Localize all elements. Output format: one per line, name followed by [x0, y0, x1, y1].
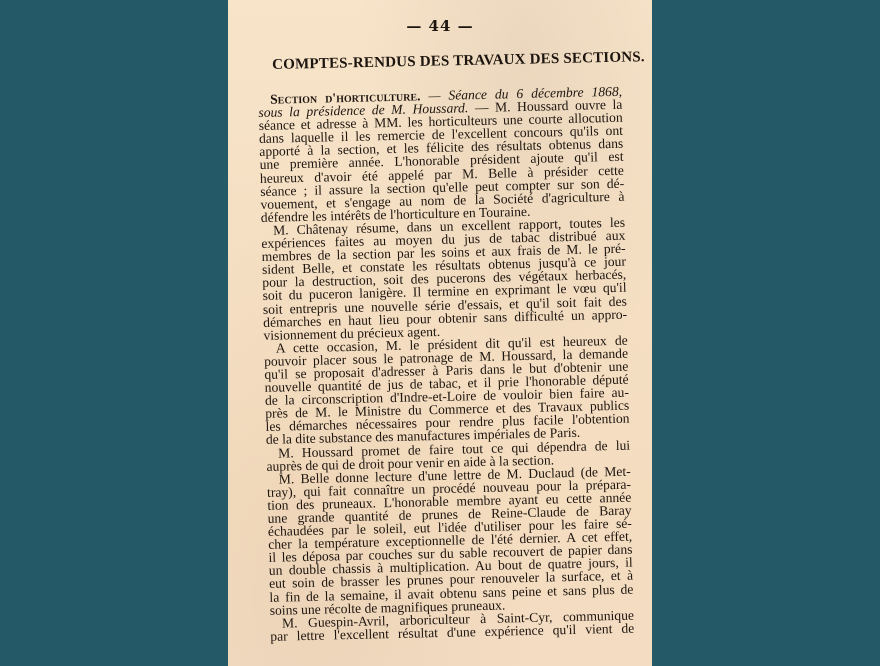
scanned-page: — 44 — COMPTES-RENDUS DES TRAVAUX DES SE… — [228, 0, 652, 666]
page-number: — 44 — — [228, 17, 652, 35]
section-title: COMPTES-RENDUS DES TRAVAUX DES SECTIONS. — [272, 50, 617, 74]
paragraph: M. Belle donne lecture d'une lettre de M… — [267, 464, 634, 616]
paragraph: Section d'horticulture. — Séance du 6 dé… — [258, 85, 625, 224]
paragraph: M. Châtenay résume, dans un excellent ra… — [261, 216, 628, 342]
document-body: Section d'horticulture. — Séance du 6 dé… — [258, 85, 634, 643]
paragraph: A cette occasion, M. le président dit qu… — [264, 333, 630, 446]
